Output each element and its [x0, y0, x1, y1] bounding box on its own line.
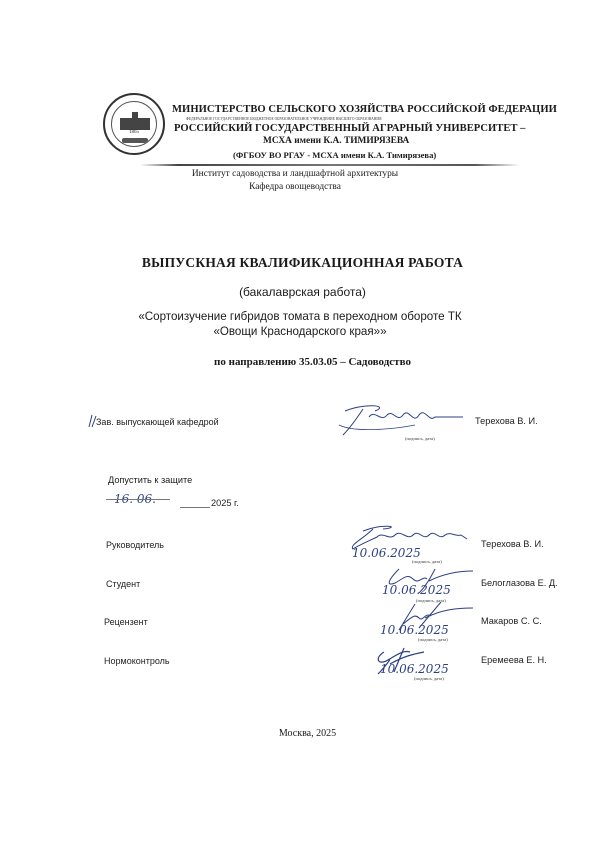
document-title: ВЫПУСКНАЯ КВАЛИФИКАЦИОННАЯ РАБОТА	[0, 255, 595, 271]
reviewer-caption: (подпись, дата)	[418, 637, 448, 642]
city-year: Москва, 2025	[0, 728, 595, 739]
head-of-department-caption: (подпись, дата)	[405, 436, 435, 441]
head-of-department-signature	[335, 403, 465, 443]
university-name: РОССИЙСКИЙ ГОСУДАРСТВЕННЫЙ АГРАРНЫЙ УНИВ…	[174, 123, 525, 134]
department-name: Кафедра овощеводства	[150, 182, 440, 192]
university-abbreviation: (ФГБОУ ВО РГАУ - МСХА имени К.А. Тимиряз…	[233, 150, 436, 160]
head-of-department-name: Терехова В. И.	[475, 416, 538, 426]
student-label: Студент	[106, 579, 140, 589]
reviewer-signature-date: 10.06.2025	[380, 623, 449, 637]
supervisor-caption: (подпись, дата)	[412, 559, 442, 564]
header-divider	[140, 164, 520, 166]
student-name: Белоглазова Е. Д.	[481, 578, 558, 588]
work-type: (бакалаврская работа)	[0, 285, 595, 299]
norm-control-name: Еремеева Е. Н.	[481, 655, 547, 665]
logo-building-icon	[120, 118, 150, 130]
study-direction: по направлению 35.03.05 – Садоводство	[0, 356, 595, 368]
thesis-topic: «Сортоизучение гибридов томата в переход…	[120, 309, 480, 339]
supervisor-signature-date: 10.06.2025	[352, 546, 421, 560]
reviewer-label: Рецензент	[104, 617, 148, 627]
logo-emblem: 1865	[111, 101, 157, 147]
norm-control-caption: (подпись, дата)	[414, 676, 444, 681]
head-of-department-label: Зав. выпускающей кафедрой	[96, 417, 219, 427]
logo-year: 1865	[112, 130, 156, 135]
admission-year-line	[180, 507, 210, 508]
supervisor-label: Руководитель	[106, 540, 164, 550]
ministry-heading: МИНИСТЕРСТВО СЕЛЬСКОГО ХОЗЯЙСТВА РОССИЙС…	[172, 104, 557, 115]
logo-ribbon-icon	[122, 138, 148, 143]
norm-control-label: Нормоконтроль	[104, 656, 170, 666]
student-signature-date: 10.06.2025	[382, 583, 451, 597]
reviewer-name: Макаров С. С.	[481, 616, 542, 626]
supervisor-name: Терехова В. И.	[481, 539, 544, 549]
university-name-line2: МСХА имени К.А. ТИМИРЯЗЕВА	[263, 136, 409, 146]
admission-date-line	[106, 499, 170, 500]
admission-year: 2025 г.	[211, 498, 239, 508]
institution-type: ФЕДЕРАЛЬНОЕ ГОСУДАРСТВЕННОЕ БЮДЖЕТНОЕ ОБ…	[186, 117, 382, 121]
norm-control-signature-date: 10.06.2025	[380, 662, 449, 676]
university-logo: 1865	[103, 93, 165, 155]
institute-name: Институт садоводства и ландшафтной архит…	[150, 169, 440, 179]
admission-label: Допустить к защите	[108, 475, 192, 485]
